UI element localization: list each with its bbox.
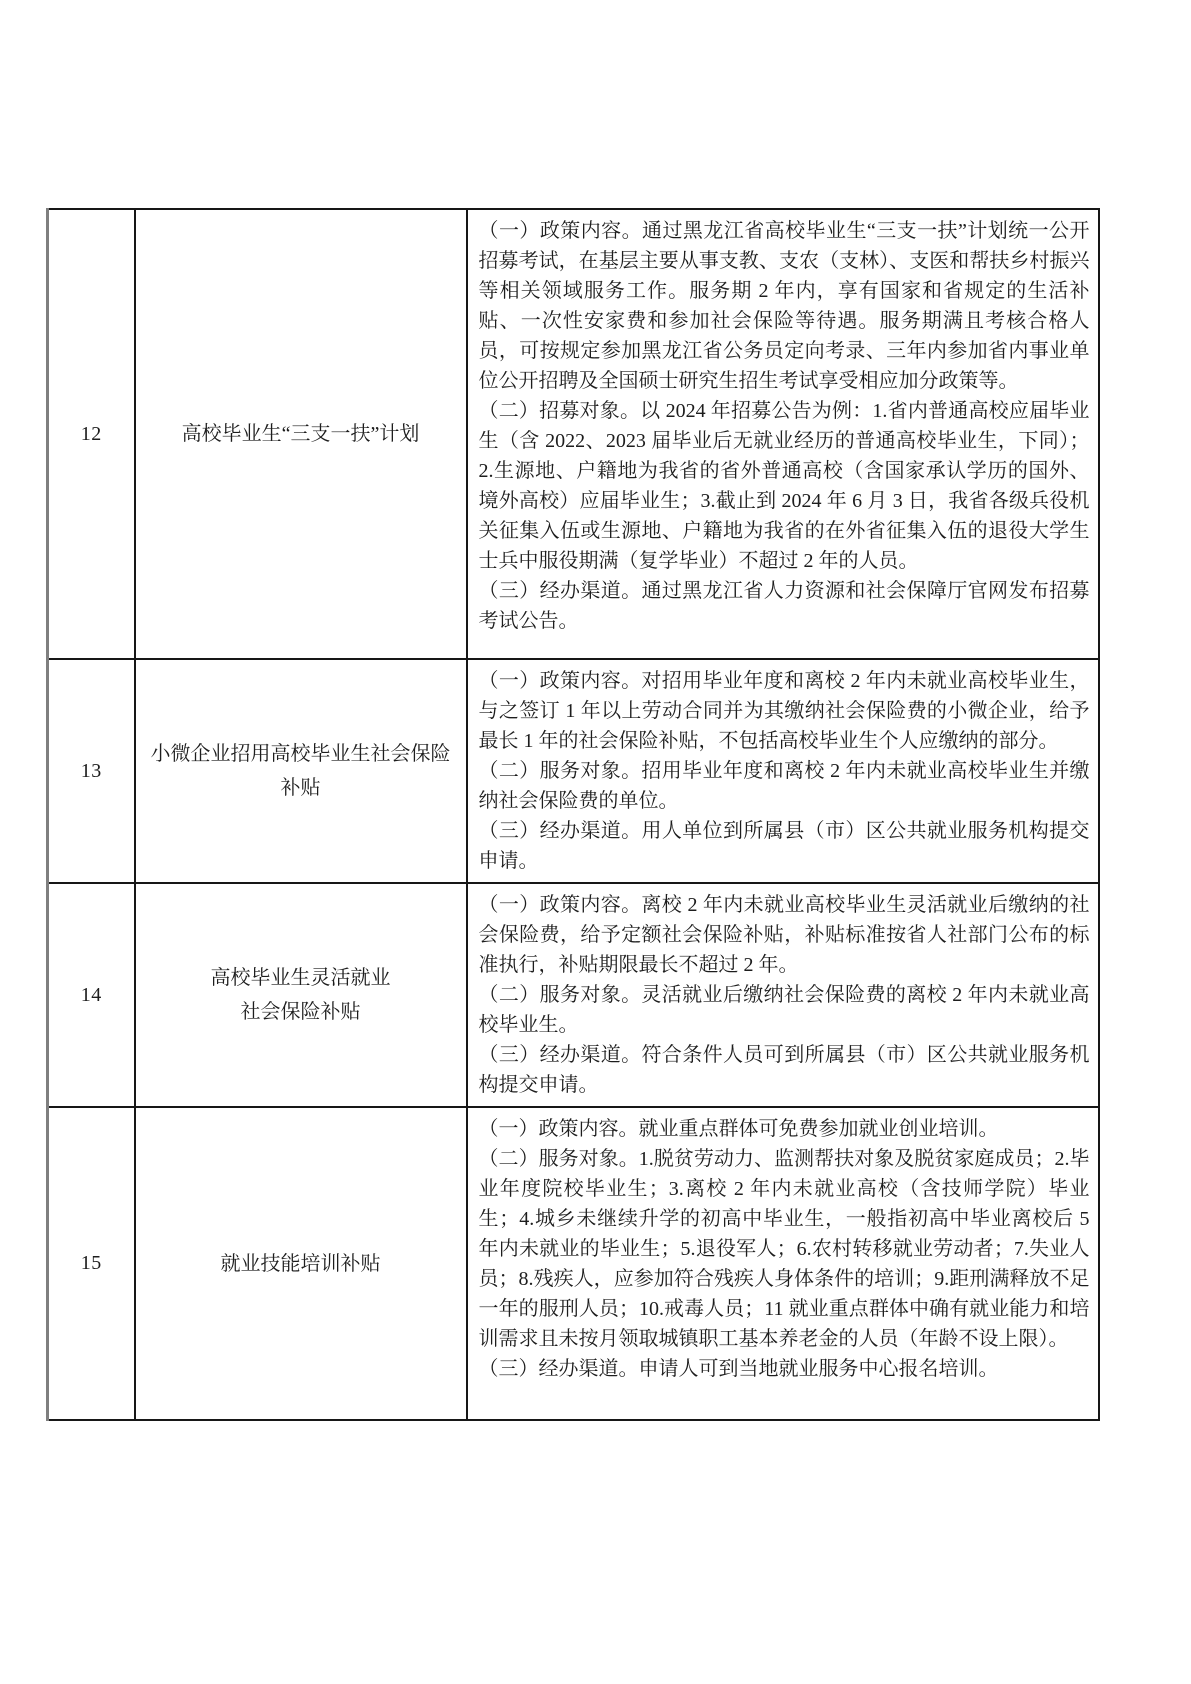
policy-paragraph: （二）招募对象。以 2024 年招募公告为例：1.省内普通高校应届毕业生（含 2… bbox=[479, 396, 1090, 576]
table-row: 14 高校毕业生灵活就业 社会保险补贴 （一）政策内容。离校 2 年内未就业高校… bbox=[48, 883, 1099, 1107]
table-row: 15 就业技能培训补贴 （一）政策内容。就业重点群体可免费参加就业创业培训。 （… bbox=[48, 1107, 1099, 1420]
row-number-cell: 14 bbox=[48, 883, 135, 1107]
policy-name-cell: 高校毕业生“三支一扶”计划 bbox=[135, 209, 467, 659]
document-page: 12 高校毕业生“三支一扶”计划 （一）政策内容。通过黑龙江省高校毕业生“三支一… bbox=[0, 0, 1191, 1684]
policy-paragraph: （一）政策内容。离校 2 年内未就业高校毕业生灵活就业后缴纳的社会保险费，给予定… bbox=[479, 890, 1090, 980]
policy-name-cell: 小微企业招用高校毕业生社会保险补贴 bbox=[135, 659, 467, 883]
policy-paragraph: （一）政策内容。对招用毕业年度和离校 2 年内未就业高校毕业生，与之签订 1 年… bbox=[479, 666, 1090, 756]
policy-detail-cell: （一）政策内容。就业重点群体可免费参加就业创业培训。 （二）服务对象。1.脱贫劳… bbox=[467, 1107, 1099, 1420]
row-number-cell: 13 bbox=[48, 659, 135, 883]
table-row: 13 小微企业招用高校毕业生社会保险补贴 （一）政策内容。对招用毕业年度和离校 … bbox=[48, 659, 1099, 883]
policy-paragraph: （二）服务对象。招用毕业年度和离校 2 年内未就业高校毕业生并缴纳社会保险费的单… bbox=[479, 756, 1090, 816]
policy-paragraph: （三）经办渠道。用人单位到所属县（市）区公共就业服务机构提交申请。 bbox=[479, 816, 1090, 876]
policy-paragraph: （一）政策内容。就业重点群体可免费参加就业创业培训。 bbox=[479, 1114, 1090, 1144]
policy-name-cell: 高校毕业生灵活就业 社会保险补贴 bbox=[135, 883, 467, 1107]
policy-name-cell: 就业技能培训补贴 bbox=[135, 1107, 467, 1420]
policy-detail-cell: （一）政策内容。对招用毕业年度和离校 2 年内未就业高校毕业生，与之签订 1 年… bbox=[467, 659, 1099, 883]
policy-paragraph: （三）经办渠道。申请人可到当地就业服务中心报名培训。 bbox=[479, 1354, 1090, 1384]
policy-detail-cell: （一）政策内容。通过黑龙江省高校毕业生“三支一扶”计划统一公开招募考试，在基层主… bbox=[467, 209, 1099, 659]
policy-paragraph: （三）经办渠道。通过黑龙江省人力资源和社会保障厅官网发布招募考试公告。 bbox=[479, 576, 1090, 636]
policy-paragraph: （三）经办渠道。符合条件人员可到所属县（市）区公共就业服务机构提交申请。 bbox=[479, 1040, 1090, 1100]
policy-paragraph: （二）服务对象。1.脱贫劳动力、监测帮扶对象及脱贫家庭成员；2.毕业年度院校毕业… bbox=[479, 1144, 1090, 1354]
policy-detail-cell: （一）政策内容。离校 2 年内未就业高校毕业生灵活就业后缴纳的社会保险费，给予定… bbox=[467, 883, 1099, 1107]
policy-paragraph: （二）服务对象。灵活就业后缴纳社会保险费的离校 2 年内未就业高校毕业生。 bbox=[479, 980, 1090, 1040]
policy-paragraph: （一）政策内容。通过黑龙江省高校毕业生“三支一扶”计划统一公开招募考试，在基层主… bbox=[479, 216, 1090, 396]
row-number-cell: 15 bbox=[48, 1107, 135, 1420]
row-number-cell: 12 bbox=[48, 209, 135, 659]
table-row: 12 高校毕业生“三支一扶”计划 （一）政策内容。通过黑龙江省高校毕业生“三支一… bbox=[48, 209, 1099, 659]
policy-table: 12 高校毕业生“三支一扶”计划 （一）政策内容。通过黑龙江省高校毕业生“三支一… bbox=[46, 208, 1100, 1421]
